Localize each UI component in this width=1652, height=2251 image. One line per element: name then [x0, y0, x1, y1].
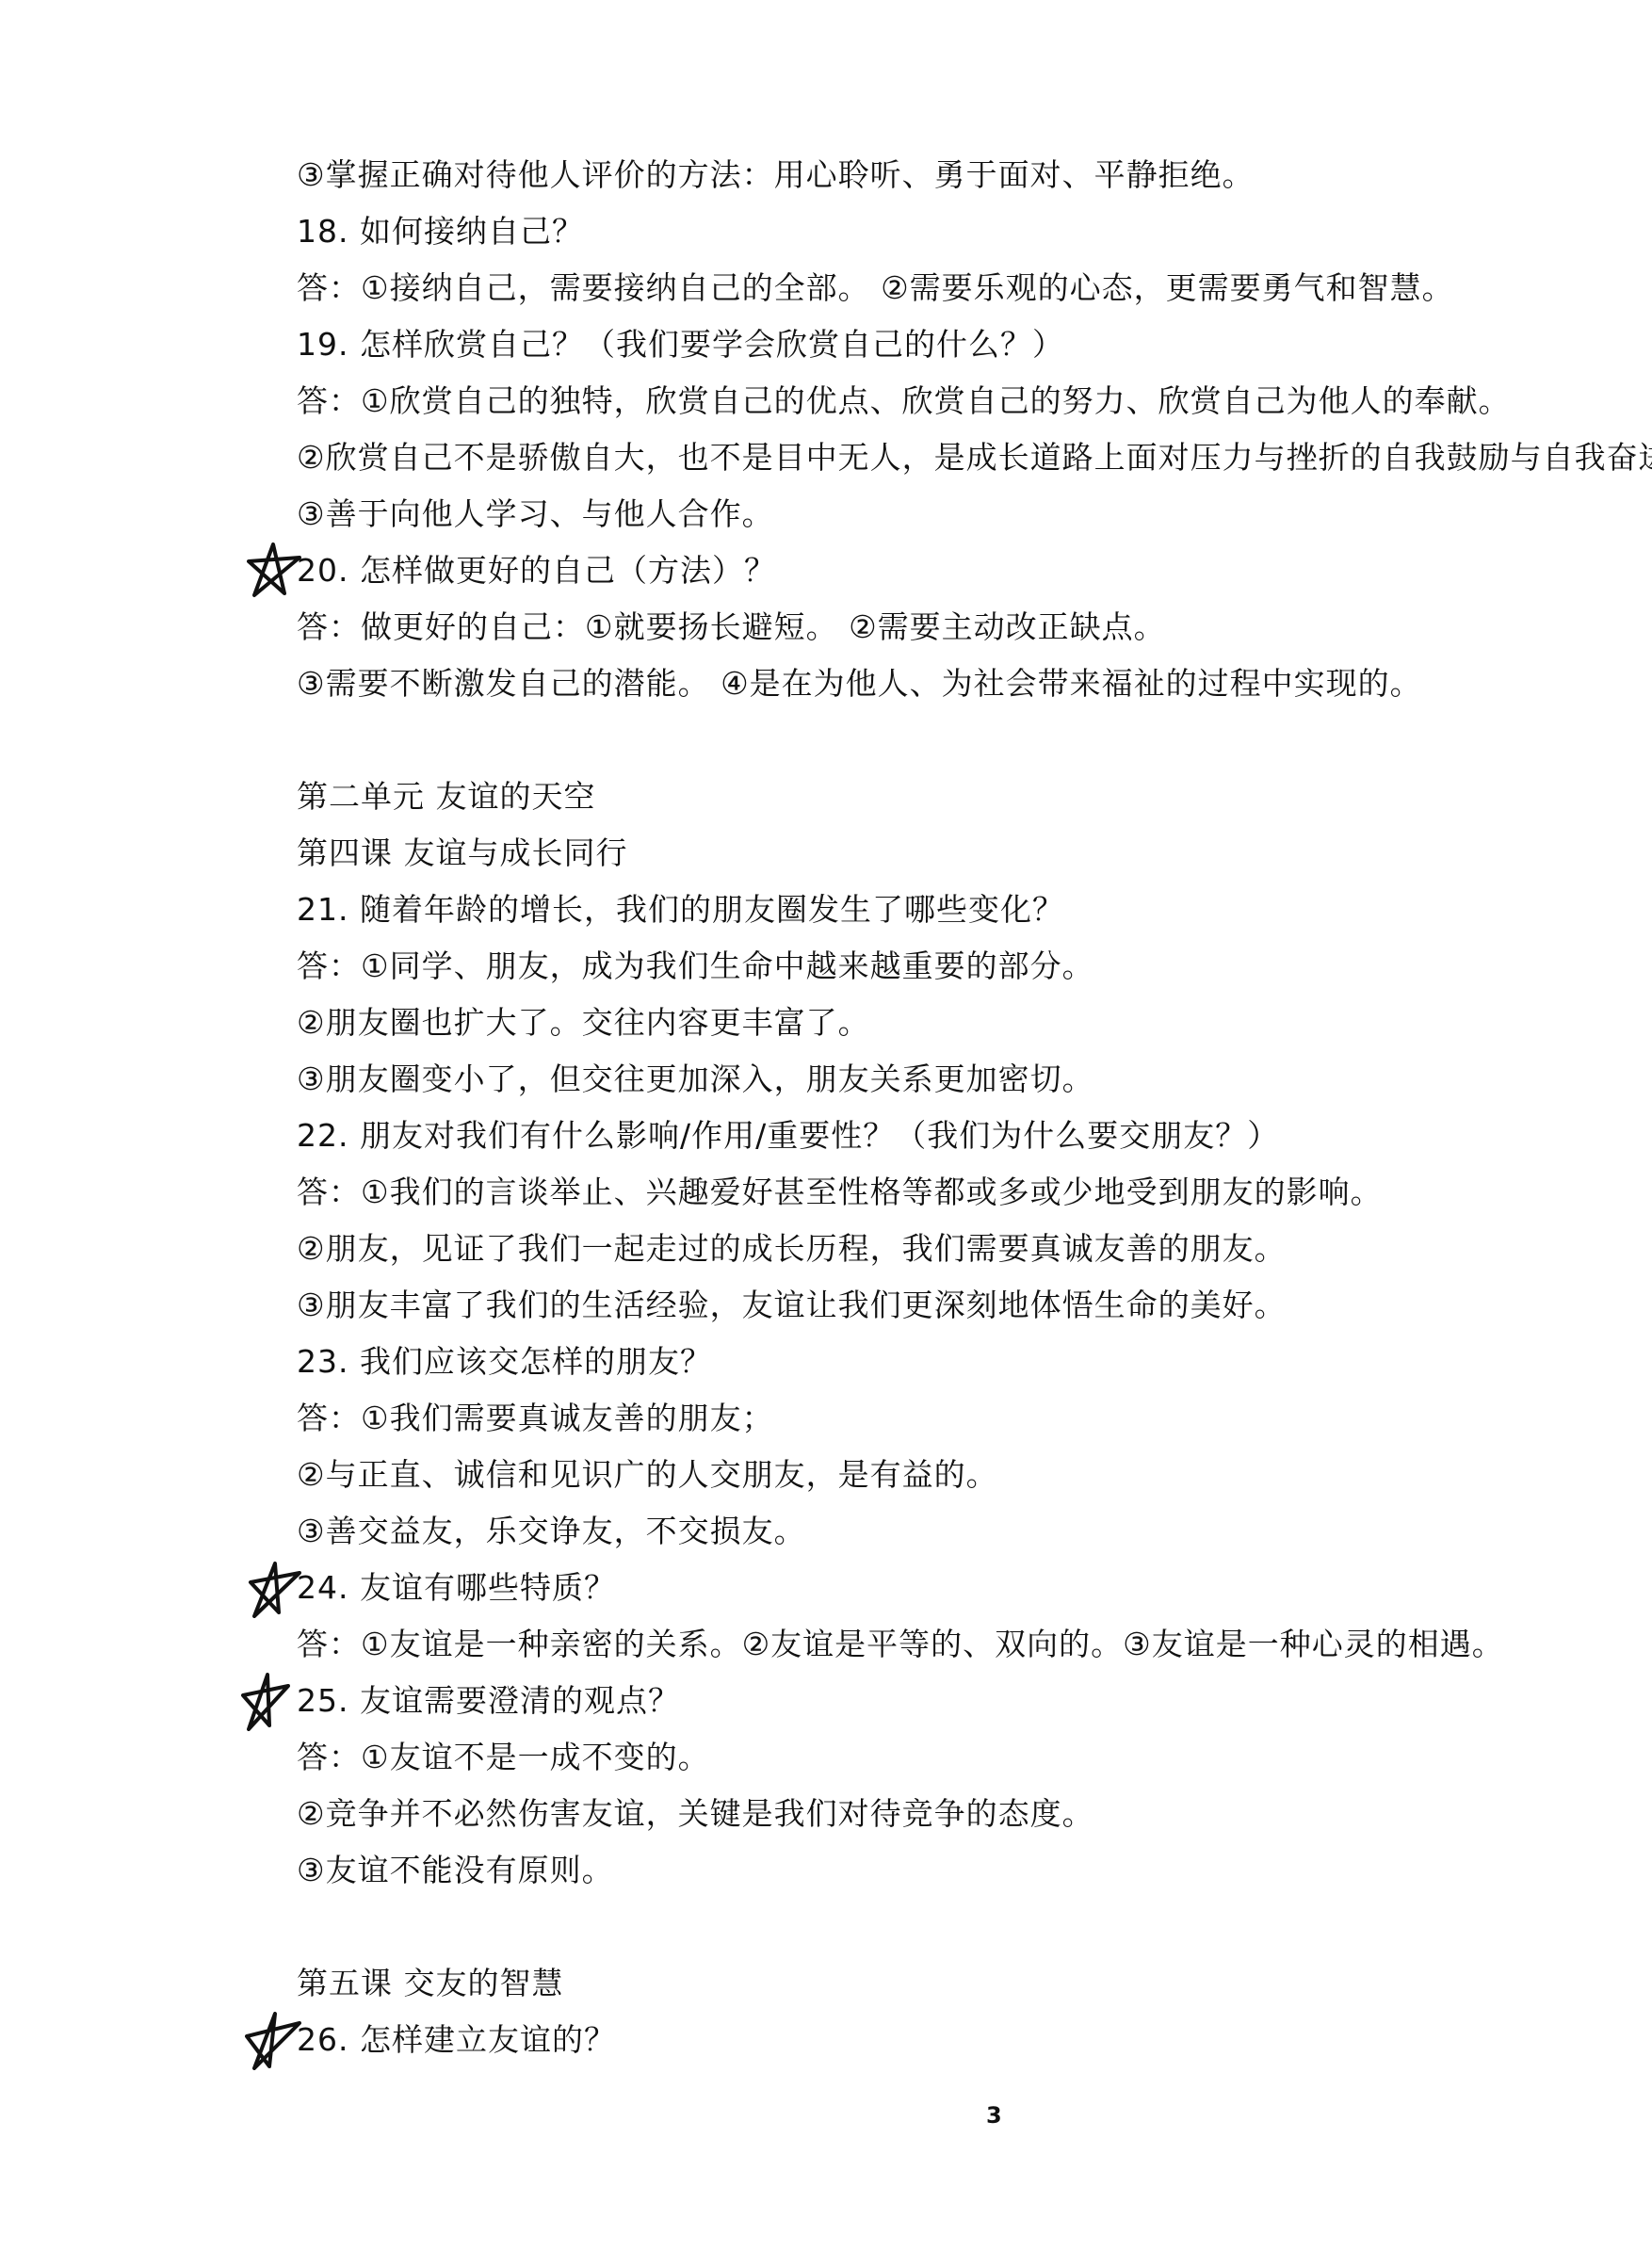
answer-line: ③掌握正确对待他人评价的方法：用心聆听、勇于面对、平静拒绝。 [297, 156, 1255, 194]
answer-line: ③友谊不能没有原则。 [297, 1852, 614, 1889]
answer-line: 答：①同学、朋友，成为我们生命中越来越重要的部分。 [297, 947, 1094, 985]
question-23: 23. 我们应该交怎样的朋友？ [297, 1343, 712, 1381]
answer-line: ②朋友圈也扩大了。交往内容更丰富了。 [297, 1004, 870, 1042]
question-22: 22. 朋友对我们有什么影响/作用/重要性？（我们为什么要交朋友？） [297, 1117, 1279, 1155]
answer-line: 答：①我们需要真诚友善的朋友； [297, 1400, 774, 1437]
answer-line: ③需要不断激发自己的潜能。 ④是在为他人、为社会带来福祉的过程中实现的。 [297, 665, 1422, 703]
answer-line: 答：①友谊是一种亲密的关系。②友谊是平等的、双向的。③友谊是一种心灵的相遇。 [297, 1626, 1504, 1663]
answer-line: ②朋友，见证了我们一起走过的成长历程，我们需要真诚友善的朋友。 [297, 1230, 1287, 1268]
unit-heading: 第二单元 友谊的天空 [297, 778, 596, 816]
answer-line: 答：①接纳自己，需要接纳自己的全部。 ②需要乐观的心态，更需要勇气和智慧。 [297, 269, 1454, 307]
answer-line: 答：①欣赏自己的独特，欣赏自己的优点、欣赏自己的努力、欣赏自己为他人的奉献。 [297, 382, 1511, 420]
question-20: 20. 怎样做更好的自己（方法）？ [297, 552, 776, 590]
question-24: 24. 友谊有哪些特质？ [297, 1569, 616, 1607]
answer-line: ②与正直、诚信和见识广的人交朋友，是有益的。 [297, 1456, 998, 1494]
question-21: 21. 随着年龄的增长，我们的朋友圈发生了哪些变化？ [297, 891, 1064, 929]
question-18: 18. 如何接纳自己？ [297, 213, 584, 251]
answer-line: ③朋友丰富了我们的生活经验，友谊让我们更深刻地体悟生命的美好。 [297, 1287, 1287, 1324]
answer-line: 答：①友谊不是一成不变的。 [297, 1739, 710, 1776]
lesson-heading: 第四课 友谊与成长同行 [297, 834, 628, 872]
question-25: 25. 友谊需要澄清的观点？ [297, 1682, 680, 1720]
answer-line: 答：①我们的言谈举止、兴趣爱好甚至性格等都或多或少地受到朋友的影响。 [297, 1174, 1383, 1211]
star-annotation-icon [245, 2012, 301, 2070]
question-26: 26. 怎样建立友谊的？ [297, 2021, 616, 2059]
star-annotation-icon [247, 1560, 303, 1618]
answer-line: ③朋友圈变小了，但交往更加深入，朋友关系更加密切。 [297, 1061, 1094, 1098]
lesson-heading: 第五课 交友的智慧 [297, 1965, 564, 2002]
answer-line: ③善于向他人学习、与他人合作。 [297, 495, 774, 533]
page-number: 3 [986, 2102, 1002, 2129]
question-19: 19. 怎样欣赏自己？（我们要学会欣赏自己的什么？） [297, 326, 1064, 364]
answer-line: ②竞争并不必然伤害友谊，关键是我们对待竞争的态度。 [297, 1795, 1094, 1833]
document-page: ③掌握正确对待他人评价的方法：用心聆听、勇于面对、平静拒绝。 18. 如何接纳自… [0, 0, 1652, 2251]
star-annotation-icon [247, 541, 303, 599]
answer-line: ②欣赏自己不是骄傲自大，也不是目中无人，是成长道路上面对压力与挫折的自我鼓励与自… [297, 439, 1652, 477]
star-annotation-icon [241, 1673, 298, 1731]
answer-line: ③善交益友，乐交诤友，不交损友。 [297, 1513, 806, 1550]
answer-line: 答：做更好的自己：①就要扬长避短。 ②需要主动改正缺点。 [297, 608, 1166, 646]
